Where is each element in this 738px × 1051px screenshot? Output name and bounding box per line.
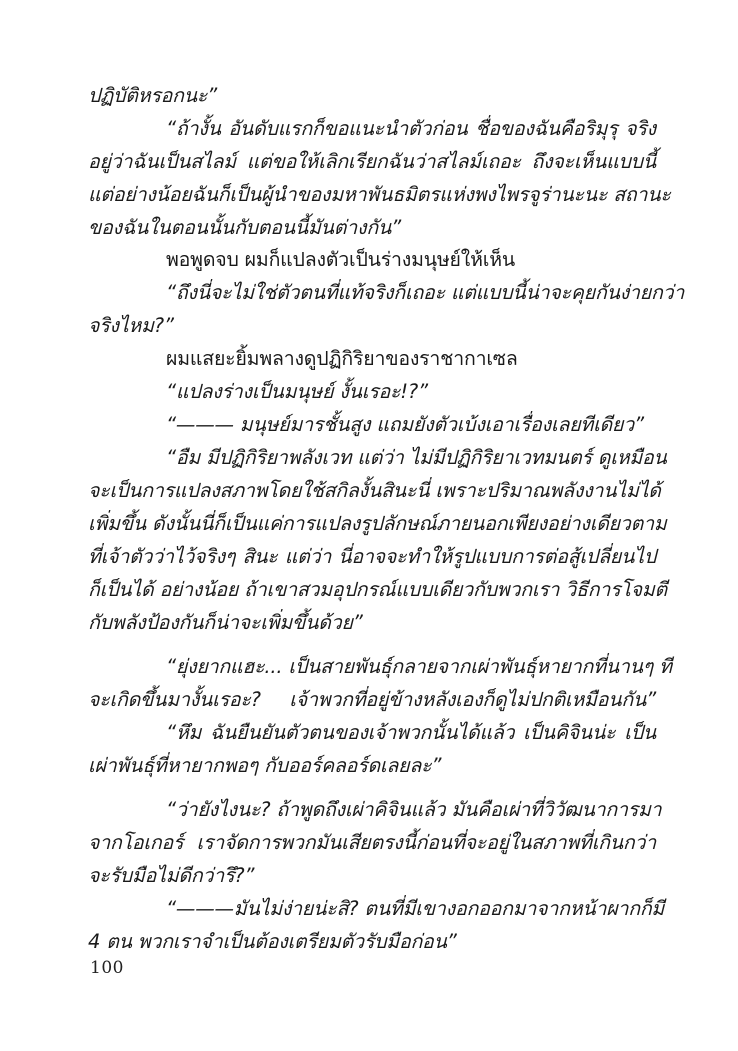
text-line: ปฏิบัติหรอกนะ” xyxy=(88,80,217,112)
text-line: “——— มนุษย์มารชั้นสูง แถมยังตัวเบ้งเอาเร… xyxy=(166,409,644,441)
line-text: “ยุ่งยากแฮะ... เป็นสายพันธุ์กลายจากเผ่าพ… xyxy=(166,655,672,678)
text-line: ของฉันในตอนนั้นกับตอนนี้มันต่างกัน” xyxy=(88,212,401,244)
line-text: ที่เจ้าตัวว่าไว้จริงๆ สินะ แต่ว่า นี่อาจ… xyxy=(88,545,656,568)
line-text: เพิ่มขึ้น ดังนั้นนี่ก็เป็นแค่การแปลงรูปล… xyxy=(88,512,667,535)
line-text: จะเป็นการแปลงสภาพโดยใช้สกิลงั้นสินะนี่ เ… xyxy=(88,479,661,502)
line-text: จากโอเกอร์ เราจัดการพวกมันเสียตรงนี้ก่อน… xyxy=(88,831,656,854)
text-line: “อืม มีปฏิกิริยาพลังเวท แต่ว่า ไม่มีปฏิก… xyxy=(166,442,656,474)
line-text: “อืม มีปฏิกิริยาพลังเวท แต่ว่า ไม่มีปฏิก… xyxy=(166,446,667,469)
line-text: “ว่ายังไงนะ? ถ้าพูดถึงเผ่าคิจินแล้ว มันค… xyxy=(166,798,661,821)
text-line: “หึม ฉันยืนยันตัวตนของเจ้าพวกนั้นได้แล้ว… xyxy=(166,717,656,749)
text-line: เพิ่มขึ้น ดังนั้นนี่ก็เป็นแค่การแปลงรูปล… xyxy=(88,508,656,540)
text-line: จะเกิดขึ้นมางั้นเรอะ? เจ้าพวกที่อยู่ข้าง… xyxy=(88,684,656,716)
page-number: 100 xyxy=(90,958,124,978)
text-line: จะรับมือไม่ดีกว่ารึ?” xyxy=(88,860,254,892)
text-line: เผ่าพันธุ์ที่หายากพอๆ กับออร์คลอร์ดเลยละ… xyxy=(88,750,441,782)
text-line: ก็เป็นได้ อย่างน้อย ถ้าเขาสวมอุปกรณ์แบบเ… xyxy=(88,574,656,606)
text-line: ผมแสยะยิ้มพลางดูปฏิกิริยาของราชากาเซล xyxy=(166,343,518,375)
line-text: “ถึงนี่จะไม่ใช่ตัวตนที่แท้จริงก็เถอะ แต่… xyxy=(166,281,684,304)
text-line: “———มันไม่ง่ายน่ะสิ? ตนที่มีเขางอกออกมาจ… xyxy=(166,893,656,925)
line-text: อยู่ว่าฉันเป็นสไลม์ แต่ขอให้เลิกเรียกฉัน… xyxy=(88,150,656,173)
text-line: พอพูดจบ ผมก็แปลงตัวเป็นร่างมนุษย์ให้เห็น xyxy=(166,244,515,276)
line-text: ก็เป็นได้ อย่างน้อย ถ้าเขาสวมอุปกรณ์แบบเ… xyxy=(88,578,667,601)
text-line: จริงไหม?” xyxy=(88,310,174,342)
text-line: “ถึงนี่จะไม่ใช่ตัวตนที่แท้จริงก็เถอะ แต่… xyxy=(166,277,656,309)
text-line: กับพลังป้องกันก็น่าจะเพิ่มขึ้นด้วย” xyxy=(88,607,363,639)
text-line: จากโอเกอร์ เราจัดการพวกมันเสียตรงนี้ก่อน… xyxy=(88,827,656,859)
line-text: “หึม ฉันยืนยันตัวตนของเจ้าพวกนั้นได้แล้ว… xyxy=(166,721,656,744)
text-line: จะเป็นการแปลงสภาพโดยใช้สกิลงั้นสินะนี่ เ… xyxy=(88,475,656,507)
text-line: “ยุ่งยากแฮะ... เป็นสายพันธุ์กลายจากเผ่าพ… xyxy=(166,651,656,683)
line-text: จะเกิดขึ้นมางั้นเรอะ? เจ้าพวกที่อยู่ข้าง… xyxy=(88,688,656,711)
line-text: “ถ้างั้น อันดับแรกก็ขอแนะนำตัวก่อน ชื่อข… xyxy=(166,117,656,140)
text-line: “ว่ายังไงนะ? ถ้าพูดถึงเผ่าคิจินแล้ว มันค… xyxy=(166,794,656,826)
text-line: “แปลงร่างเป็นมนุษย์ งั้นเรอะ!?” xyxy=(166,376,428,408)
line-text: แต่อย่างน้อยฉันก็เป็นผู้นำของมหาพันธมิตร… xyxy=(88,183,671,206)
line-text: “———มันไม่ง่ายน่ะสิ? ตนที่มีเขางอกออกมาจ… xyxy=(166,897,664,920)
text-line: แต่อย่างน้อยฉันก็เป็นผู้นำของมหาพันธมิตร… xyxy=(88,179,656,211)
text-line: ที่เจ้าตัวว่าไว้จริงๆ สินะ แต่ว่า นี่อาจ… xyxy=(88,541,656,573)
text-line: “ถ้างั้น อันดับแรกก็ขอแนะนำตัวก่อน ชื่อข… xyxy=(166,113,656,145)
text-line: 4 ตน พวกเราจำเป็นต้องเตรียมตัวรับมือก่อน… xyxy=(88,926,457,958)
text-line: อยู่ว่าฉันเป็นสไลม์ แต่ขอให้เลิกเรียกฉัน… xyxy=(88,146,656,178)
